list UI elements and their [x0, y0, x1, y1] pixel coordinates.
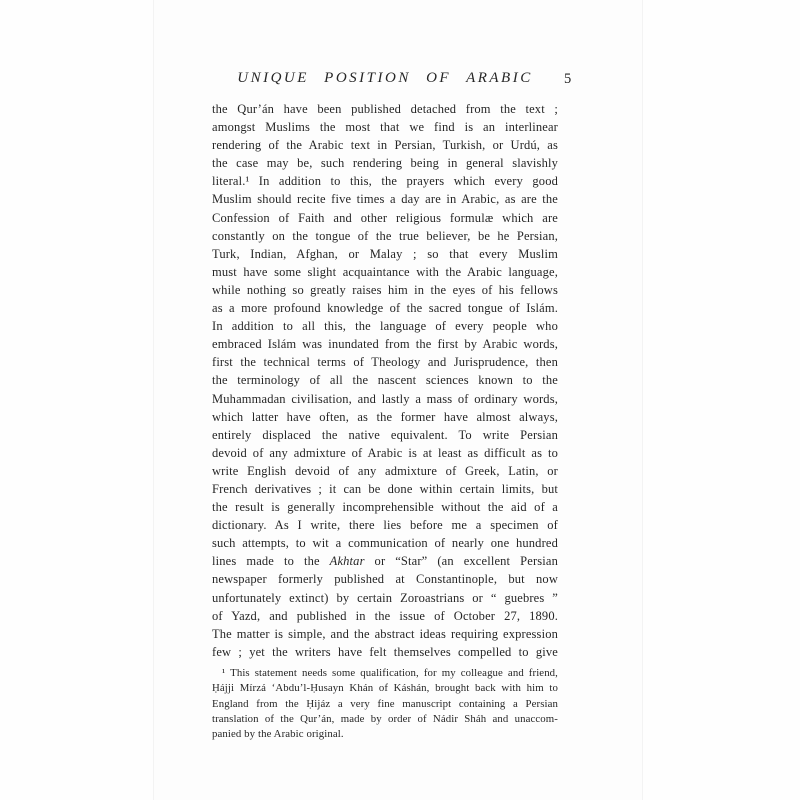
body-line: entirely displaced the native equivalent… [212, 426, 558, 444]
body-line: unfortunately extinct) by certain Zoroas… [212, 589, 558, 607]
body-line: such attempts, to wit a communication of… [212, 534, 558, 552]
footnote-line: panied by the Arabic original. [212, 727, 558, 742]
body-line: the case may be, such rendering being in… [212, 154, 558, 172]
body-line: must have some slight acquaintance with … [212, 263, 558, 281]
text-segment: or “Star” (an excellent Persian [365, 554, 558, 568]
akhtar-italic: Akhtar [330, 554, 365, 568]
body-line: of Yazd, and published in the issue of O… [212, 607, 558, 625]
footnote-line: England from the Ḥijáz a very fine manus… [212, 697, 558, 712]
body-line: embraced Islám was inundated from the fi… [212, 335, 558, 353]
text-segment: lines made to the [212, 554, 330, 568]
body-line: the result is generally incomprehensible… [212, 498, 558, 516]
body-line: Turk, Indian, Afghan, or Malay ; so that… [212, 245, 558, 263]
body-line: The matter is simple, and the abstract i… [212, 625, 558, 643]
body-line: Confession of Faith and other religious … [212, 209, 558, 227]
page-number: 5 [564, 71, 571, 88]
body-line: first the technical terms of Theology an… [212, 353, 558, 371]
body-line: the Qur’án have been published detached … [212, 100, 558, 118]
body-line: amongst Muslims the most that we find is… [212, 118, 558, 136]
body-line: devoid of any admixture of Arabic is at … [212, 444, 558, 462]
body-line: French derivatives ; it can be done with… [212, 480, 558, 498]
body-line: write English devoid of any admixture of… [212, 462, 558, 480]
body-line: newspaper formerly published at Constant… [212, 570, 558, 588]
body-line: few ; yet the writers have felt themselv… [212, 643, 558, 661]
footnote-line: translation of the Qur’án, made by order… [212, 712, 558, 727]
footnote: ¹ This statement needs some qualificatio… [212, 666, 558, 742]
body-line-akhtar: lines made to the Akhtar or “Star” (an e… [212, 552, 558, 570]
body-line: the terminology of all the nascent scien… [212, 371, 558, 389]
running-header: UNIQUE POSITION OF ARABIC [212, 70, 558, 87]
footnote-line: Ḥájji Mírzá ‘Abdu’l-Ḥusayn Khán of Káshá… [212, 681, 558, 696]
body-line: Muslim should recite five times a day ar… [212, 190, 558, 208]
body-line: as a more profound knowledge of the sacr… [212, 299, 558, 317]
body-line: rendering of the Arabic text in Persian,… [212, 136, 558, 154]
body-text: the Qur’án have been published detached … [212, 100, 558, 661]
running-header-title: UNIQUE POSITION OF ARABIC [237, 70, 532, 86]
body-line: constantly on the tongue of the true bel… [212, 227, 558, 245]
body-line: Muhammadan civilisation, and lastly a ma… [212, 390, 558, 408]
body-line: while nothing so greatly raises him in t… [212, 281, 558, 299]
body-line: In addition to all this, the language of… [212, 317, 558, 335]
body-line: which latter have often, as the former h… [212, 408, 558, 426]
body-line: literal.¹ In addition to this, the praye… [212, 172, 558, 190]
body-line: dictionary. As I write, there lies befor… [212, 516, 558, 534]
footnote-line: ¹ This statement needs some qualificatio… [212, 666, 558, 681]
